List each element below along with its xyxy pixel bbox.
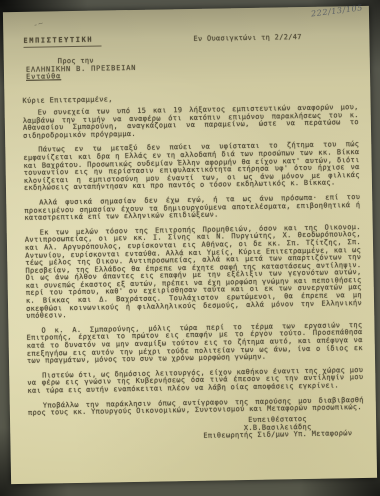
salutation: Κύριε Επιτετραμμένε, [22, 96, 112, 105]
scanner-background: 222/13/105 -~ ΕΜΠΙΣΤΕΥΤΙΚΗ Εν Ουασιγκτών… [0, 0, 380, 496]
archival-number-handwritten: 222/13/105 [311, 4, 364, 18]
paragraph-5: Ο κ. Α. Σμπαρούνης, μόλις τώρα περί το τ… [26, 322, 363, 366]
classification-stamp: ΕΜΠΙΣΤΕΥΤΙΚΗ [23, 37, 101, 48]
paragraph-2: Πάντως εν τω μεταξύ δεν παύει να υφίστατ… [23, 141, 360, 192]
signature-block: Ευπειθέστατος Χ.Β.Βασιλειάδης Επιθεωρητή… [203, 415, 352, 440]
paragraph-3: Αλλά φυσικά σημασίαν δεν έχω εγώ, ή τα ω… [24, 194, 360, 223]
paragraph-1: Εν συνεχεία των υπό 15 και 19 λήξαντος ε… [23, 104, 359, 140]
letter-page: 222/13/105 -~ ΕΜΠΙΣΤΕΥΤΙΚΗ Εν Ουασιγκτών… [3, 6, 377, 484]
paragraph-6: Πιστεύω ότι, ως δημόσιος λειτουργός, είχ… [27, 367, 363, 396]
pencil-mark: -~ [32, 20, 44, 30]
recipient-line-3: Ενταύθα [26, 72, 136, 82]
letter-body: Εν συνεχεία των υπό 15 και 19 λήξαντος ε… [23, 104, 364, 425]
signature-title: Επιθεωρητής Σιδ/μων Υπ. Μεταφορών [203, 430, 352, 440]
paragraph-4: Εκ των μελών τόσον της Επιτροπής Προμηθε… [25, 224, 363, 321]
dateline: Εν Ουασιγκτώνι τη 2/2/47 [193, 34, 301, 43]
paragraph-7: Υποβάλλω την παράκλησιν όπως αντίγραφον … [28, 397, 364, 418]
recipient-block: Προς την ΕΛΛΗΝΙΚΗΝ Β. ΠΡΕΣΒΕΙΑΝ Ενταύθα [26, 57, 137, 82]
